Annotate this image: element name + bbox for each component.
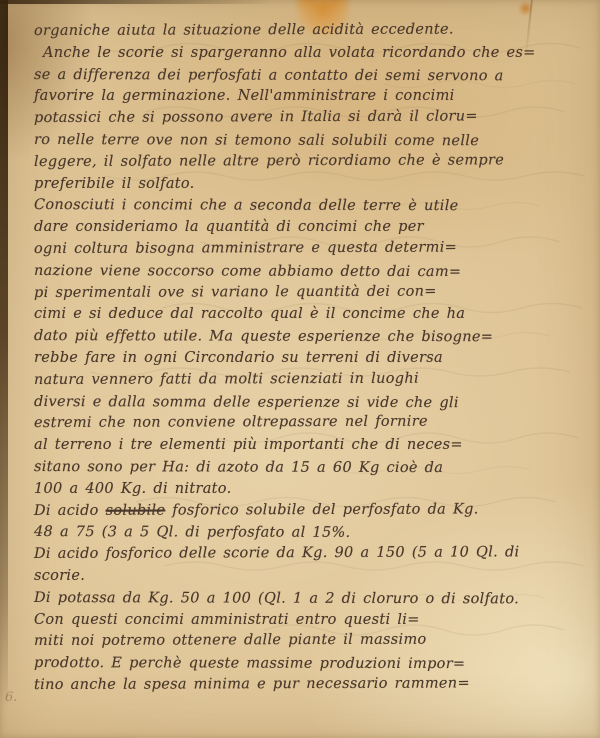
manuscript-line: cimi e si deduce dal raccolto qual è il … (34, 304, 600, 326)
stain-blob-left (292, 0, 322, 12)
line-fragment: Di acido (34, 502, 106, 518)
manuscript-line: Conosciuti i concimi che a seconda delle… (34, 195, 600, 218)
manuscript-line: pi sperimentali ove si variano le quanti… (34, 281, 600, 305)
manuscript-line: Anche le scorie si spargeranno alla vola… (34, 43, 600, 65)
manuscript-page: organiche aiuta la situazione delle acid… (0, 0, 600, 738)
manuscript-line: rebbe fare in ogni Circondario su terren… (34, 348, 600, 370)
manuscript-line: 100 a 400 Kg. di nitrato. (34, 479, 600, 501)
manuscript-line: miti noi potremo ottenere dalle piante i… (34, 629, 600, 653)
scan-edge-left (0, 0, 8, 738)
manuscript-line: tino anche la spesa minima e pur necessa… (34, 673, 600, 697)
manuscript-line: scorie. (34, 566, 600, 588)
struck-word: solubile (106, 502, 166, 518)
small-stain-dot (518, 1, 533, 16)
manuscript-line: dato più effetto utile. Ma queste esperi… (34, 326, 600, 349)
manuscript-line: natura vennero fatti da molti scienziati… (34, 368, 600, 392)
manuscript-line: Di potassa da Kg. 50 a 100 (Ql. 1 a 2 di… (34, 588, 600, 611)
manuscript-line: favorire la germinazione. Nell'amministr… (34, 86, 600, 108)
manuscript-line: leggere, il solfato nelle altre però ric… (34, 150, 600, 174)
manuscript-line: Di acido solubile fosforico solubile del… (34, 499, 600, 523)
manuscript-line: Di acido fosforico delle scorie da Kg. 9… (34, 542, 600, 566)
line-fragment: fosforico solubile del perfosfato da Kg. (165, 501, 478, 518)
manuscript-line: estremi che non conviene oltrepassare ne… (34, 411, 600, 435)
manuscript-line: ogni coltura bisogna amministrare e ques… (34, 237, 600, 261)
manuscript-text: organiche aiuta la situazione delle acid… (34, 21, 600, 697)
scan-edge-top (0, 0, 276, 4)
manuscript-line: se a differenza dei perfosfati a contatt… (34, 65, 600, 88)
manuscript-line: dare consideriamo la quantità di concimi… (34, 217, 600, 239)
manuscript-line: preferibile il solfato. (34, 174, 600, 196)
manuscript-line: organiche aiuta la situazione delle acid… (34, 19, 600, 43)
stain-blob-right (322, 0, 352, 12)
manuscript-line: potassici che si possono avere in Italia… (34, 106, 600, 130)
manuscript-line: Con questi concimi amministrati entro qu… (34, 610, 600, 632)
pencil-mark: 6. (5, 690, 17, 705)
manuscript-line: sitano sono per Ha: di azoto da 15 a 60 … (34, 457, 600, 480)
manuscript-line: al terreno i tre elementi più importanti… (34, 435, 600, 457)
